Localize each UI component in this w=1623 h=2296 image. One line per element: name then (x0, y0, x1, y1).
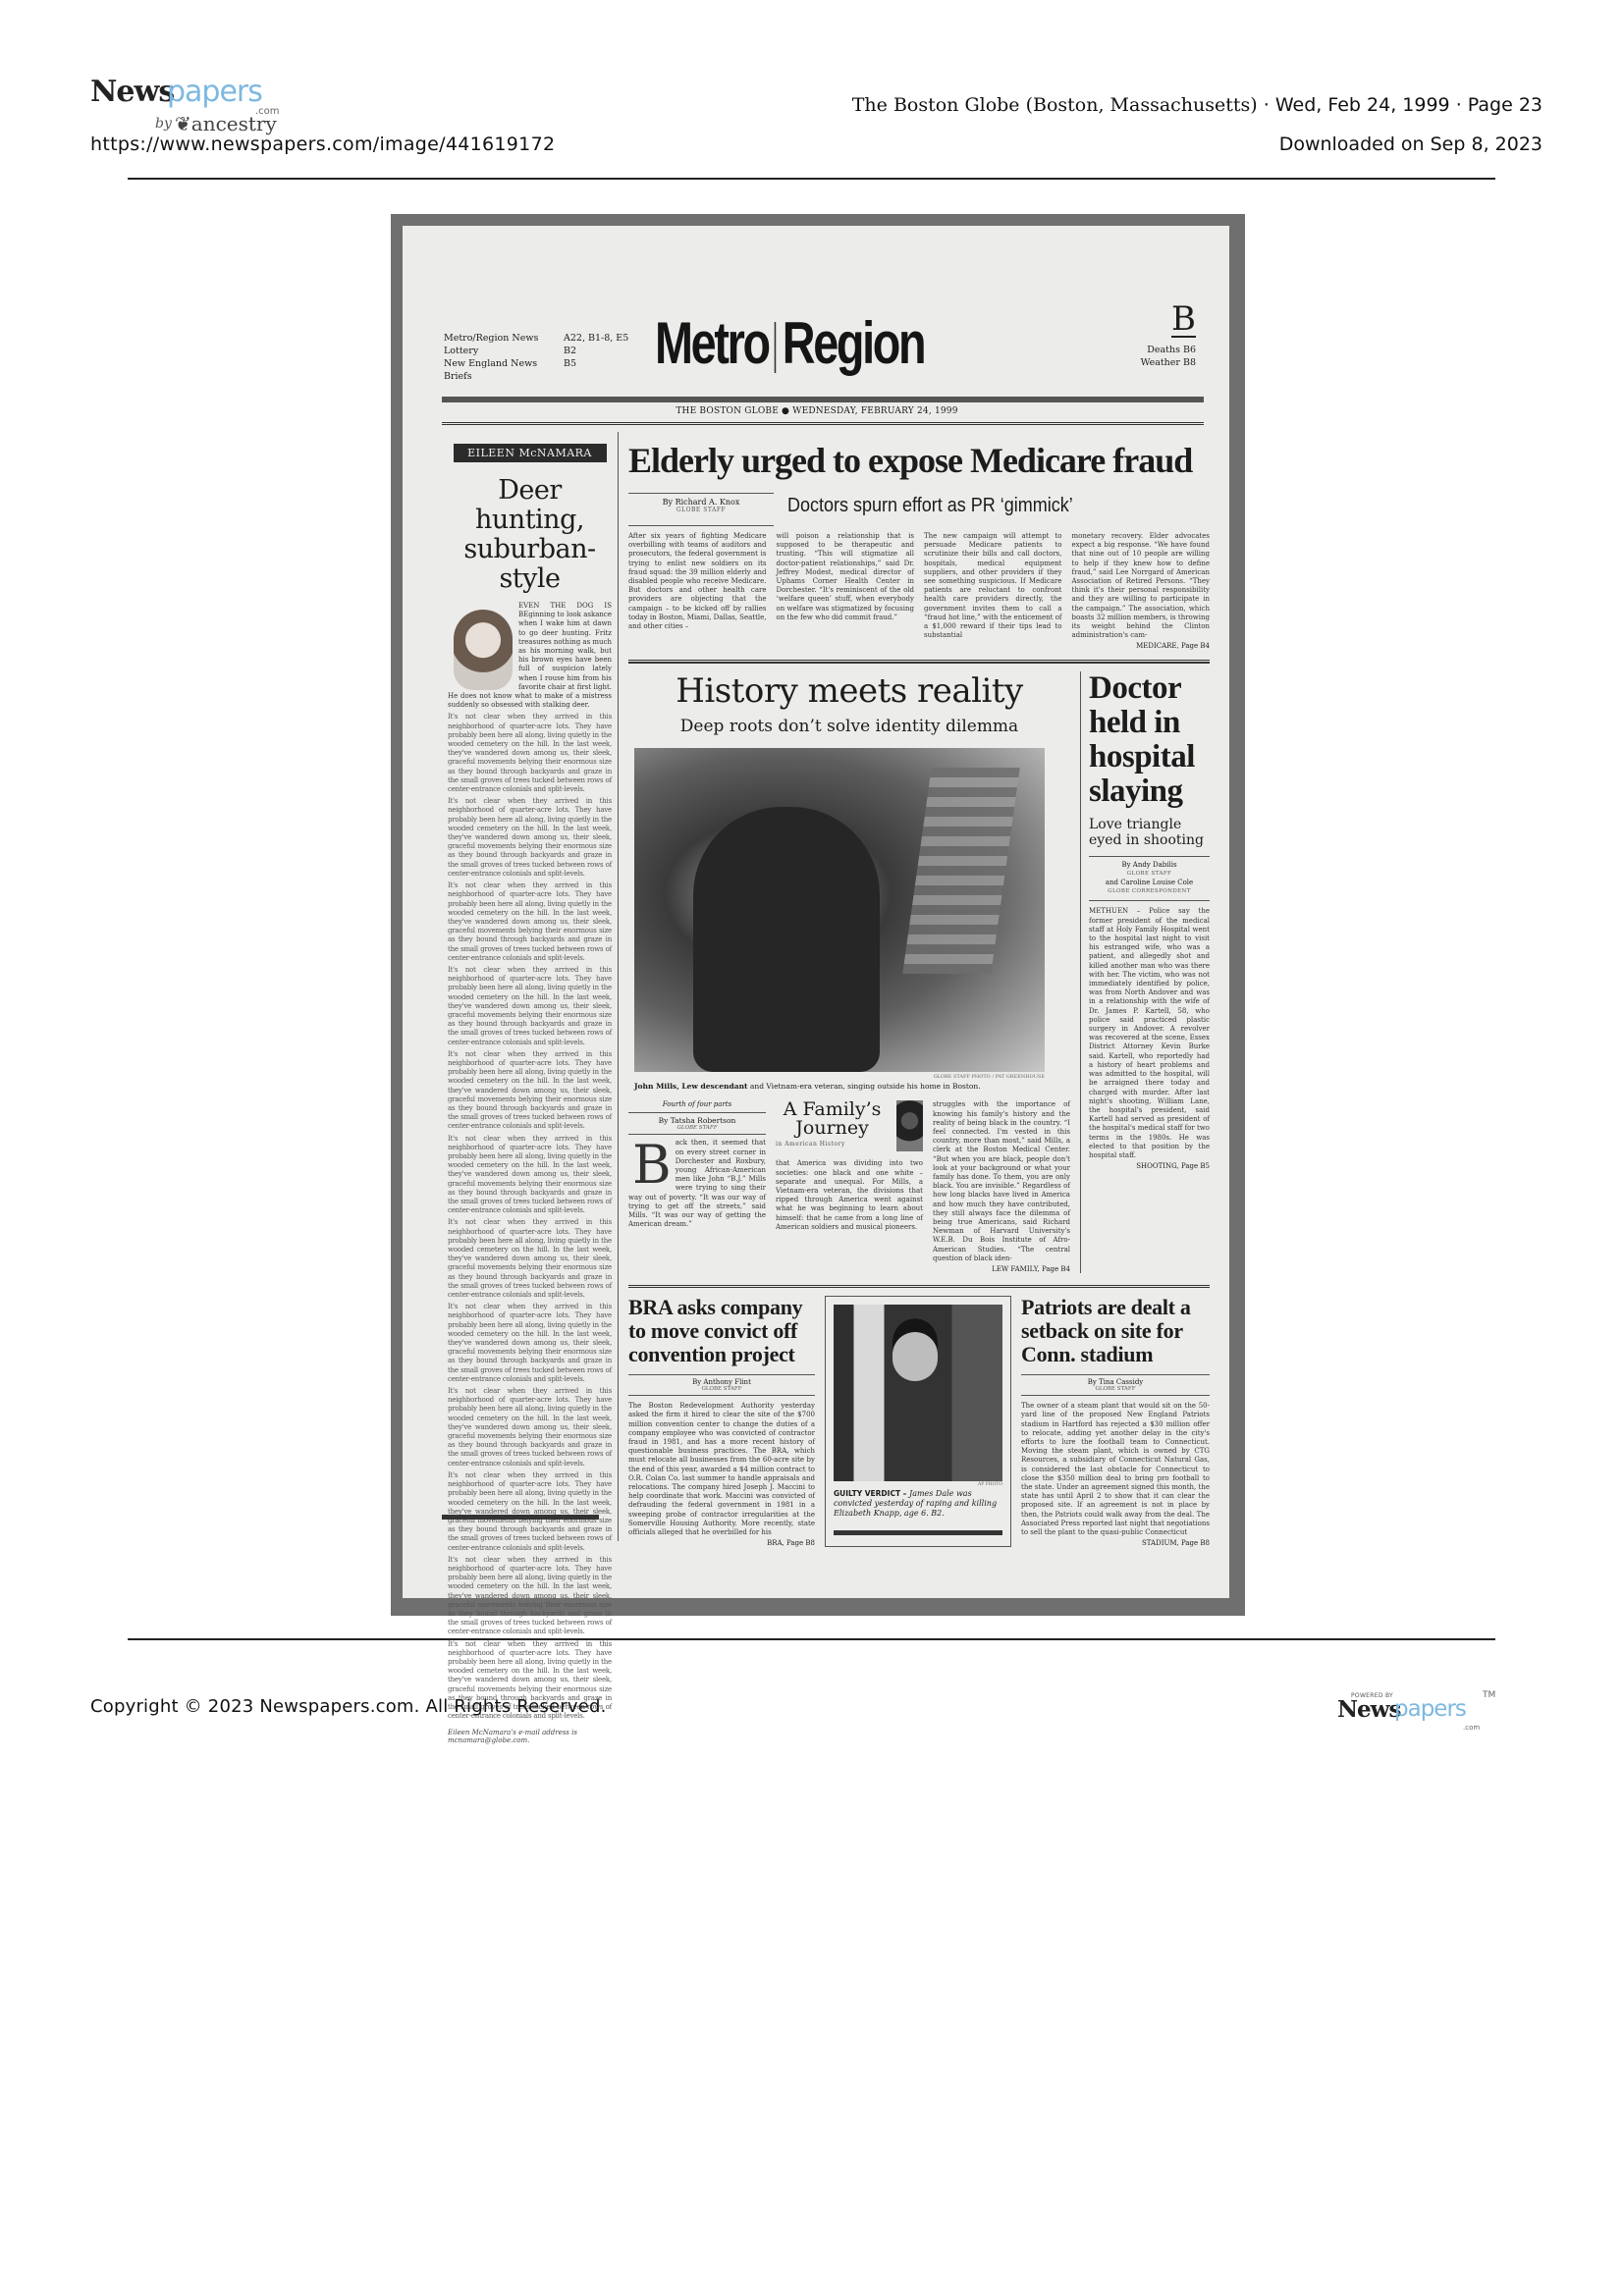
index-row: Metro/Region NewsA22, B1-8, E5 (444, 332, 628, 345)
logo-by: by (155, 116, 172, 132)
doctor-deck: Love triangle eyed in shooting (1089, 817, 1210, 848)
right-index: Deaths B6 Weather B8 (1141, 344, 1196, 369)
ancestry-leaf-icon: ❦ (175, 112, 191, 135)
drop-cap: B (632, 1143, 672, 1188)
patriots-jump: STADIUM, Page B8 (1021, 1539, 1210, 1547)
dateline-rule (442, 422, 1204, 425)
bra-byline: By Anthony Flint GLOBE STAFF (628, 1374, 815, 1396)
main-stories: Elderly urged to expose Medicare fraud B… (628, 432, 1210, 1547)
publication-meta: The Boston Globe (Boston, Massachusetts)… (852, 94, 1542, 116)
doctor-byline: By Andy Dabilis GLOBE STAFF and Caroline… (1089, 856, 1210, 901)
patriots-story: Patriots are dealt a setback on site for… (1021, 1296, 1210, 1547)
section-title: MetroRegion (655, 309, 924, 377)
publication-date: Wed, Feb 24, 1999 (1275, 94, 1450, 116)
patriots-headline: Patriots are dealt a setback on site for… (1021, 1296, 1210, 1366)
page-number: Page 23 (1468, 94, 1542, 116)
guilty-verdict-photo-box: AP PHOTO GUILTY VERDICT – James Dale was… (825, 1296, 1011, 1547)
bra-jump: BRA, Page B8 (628, 1539, 815, 1547)
history-deck: Deep roots don’t solve identity dilemma (628, 717, 1070, 736)
section-letter: B (1171, 302, 1196, 338)
family-journey-story: Fourth of four parts By Tatsha Robertson… (628, 1100, 1070, 1273)
series-label: Fourth of four parts (628, 1100, 766, 1113)
james-dale-photo (834, 1305, 1002, 1481)
separator: · (1456, 94, 1462, 116)
newspaper-page: Metro/Region NewsA22, B1-8, E5 LotteryB2… (403, 226, 1229, 1598)
logo-papers-text: papers (167, 75, 262, 109)
medicare-body: After six years of fighting Medicare ove… (628, 532, 1210, 650)
column-end-bar (442, 1515, 599, 1520)
columnist-portrait (454, 610, 513, 690)
index-row: LotteryB2 (444, 345, 628, 357)
separator: · (1264, 94, 1270, 116)
copyright-notice: Copyright © 2023 Newspapers.com. All Rig… (90, 1696, 607, 1717)
doctor-headline: Doctor held in hospital slaying (1089, 671, 1210, 809)
patriots-byline: By Tina Cassidy GLOBE STAFF (1021, 1374, 1210, 1396)
photo-credit: GLOBE STAFF PHOTO / PAT GREENHOUSE (628, 1074, 1045, 1080)
family-journey-logo: A Family’s Journey in American History (776, 1100, 923, 1151)
section-index: Metro/Region NewsA22, B1-8, E5 LotteryB2… (444, 332, 628, 383)
logo-ancestry: ❦ancestry (175, 112, 277, 135)
ap-credit: AP PHOTO (834, 1482, 1002, 1487)
image-url[interactable]: https://www.newspapers.com/image/4416191… (90, 133, 555, 155)
powered-by-newspapers-logo[interactable]: POWERED BY News papers TM .com (1337, 1690, 1504, 1735)
bra-headline: BRA asks company to move convict off con… (628, 1296, 815, 1366)
photo-box-bar (834, 1530, 1002, 1535)
family-byline: By Tatsha Robertson GLOBE STAFF (628, 1113, 766, 1135)
logo-news-text: News (90, 75, 174, 109)
download-date: Downloaded on Sep 8, 2023 (1279, 133, 1542, 155)
header-divider (128, 178, 1495, 180)
columnist-kicker: EILEEN McNAMARA (454, 444, 607, 462)
column-mcnamara: EILEEN McNAMARA Deer hunting, suburban-s… (442, 432, 619, 1541)
medicare-jump: MEDICARE, Page B4 (1072, 642, 1211, 650)
footer-divider (128, 1638, 1495, 1640)
column-headline: Deer hunting, suburban-style (442, 476, 618, 594)
medicare-byline: By Richard A. Knox GLOBE STAFF (628, 493, 774, 526)
john-mills-photo (634, 748, 1045, 1072)
masthead: Metro/Region NewsA22, B1-8, E5 LotteryB2… (424, 275, 1210, 402)
ancestor-portrait (896, 1100, 923, 1151)
bra-story: BRA asks company to move convict off con… (628, 1296, 815, 1547)
medicare-deck: Doctors spurn effort as PR ‘gimmick’ (787, 495, 1073, 526)
family-jump: LEW FAMILY, Page B4 (933, 1265, 1070, 1273)
dateline: THE BOSTON GLOBE ● WEDNESDAY, FEBRUARY 2… (424, 406, 1210, 416)
index-row: New England News BriefsB5 (444, 357, 628, 383)
photo-caption: John Mills, Lew descendant and Vietnam-e… (634, 1082, 1070, 1091)
history-headline: History meets reality (628, 671, 1070, 711)
medicare-headline: Elderly urged to expose Medicare fraud (628, 440, 1210, 481)
column-body: EVEN THE DOG IS BEginning to look askanc… (442, 602, 618, 1721)
newspaper-scan[interactable]: Metro/Region NewsA22, B1-8, E5 LotteryB2… (391, 214, 1245, 1616)
american-flag (902, 768, 1020, 974)
verdict-caption: GUILTY VERDICT – James Dale was convicte… (834, 1489, 1002, 1519)
newspapers-logo[interactable]: News papers .com by ❦ancestry (90, 75, 316, 135)
man-silhouette (693, 807, 880, 1072)
doctor-jump: SHOOTING, Page B5 (1089, 1162, 1210, 1170)
publication-name: The Boston Globe (Boston, Massachusetts) (852, 94, 1258, 116)
story-divider (628, 660, 1210, 664)
column-signoff: Eileen McNamara's e-mail address is mcna… (442, 1721, 618, 1744)
masthead-bar (442, 397, 1204, 402)
doctor-story: Doctor held in hospital slaying Love tri… (1080, 671, 1210, 1273)
